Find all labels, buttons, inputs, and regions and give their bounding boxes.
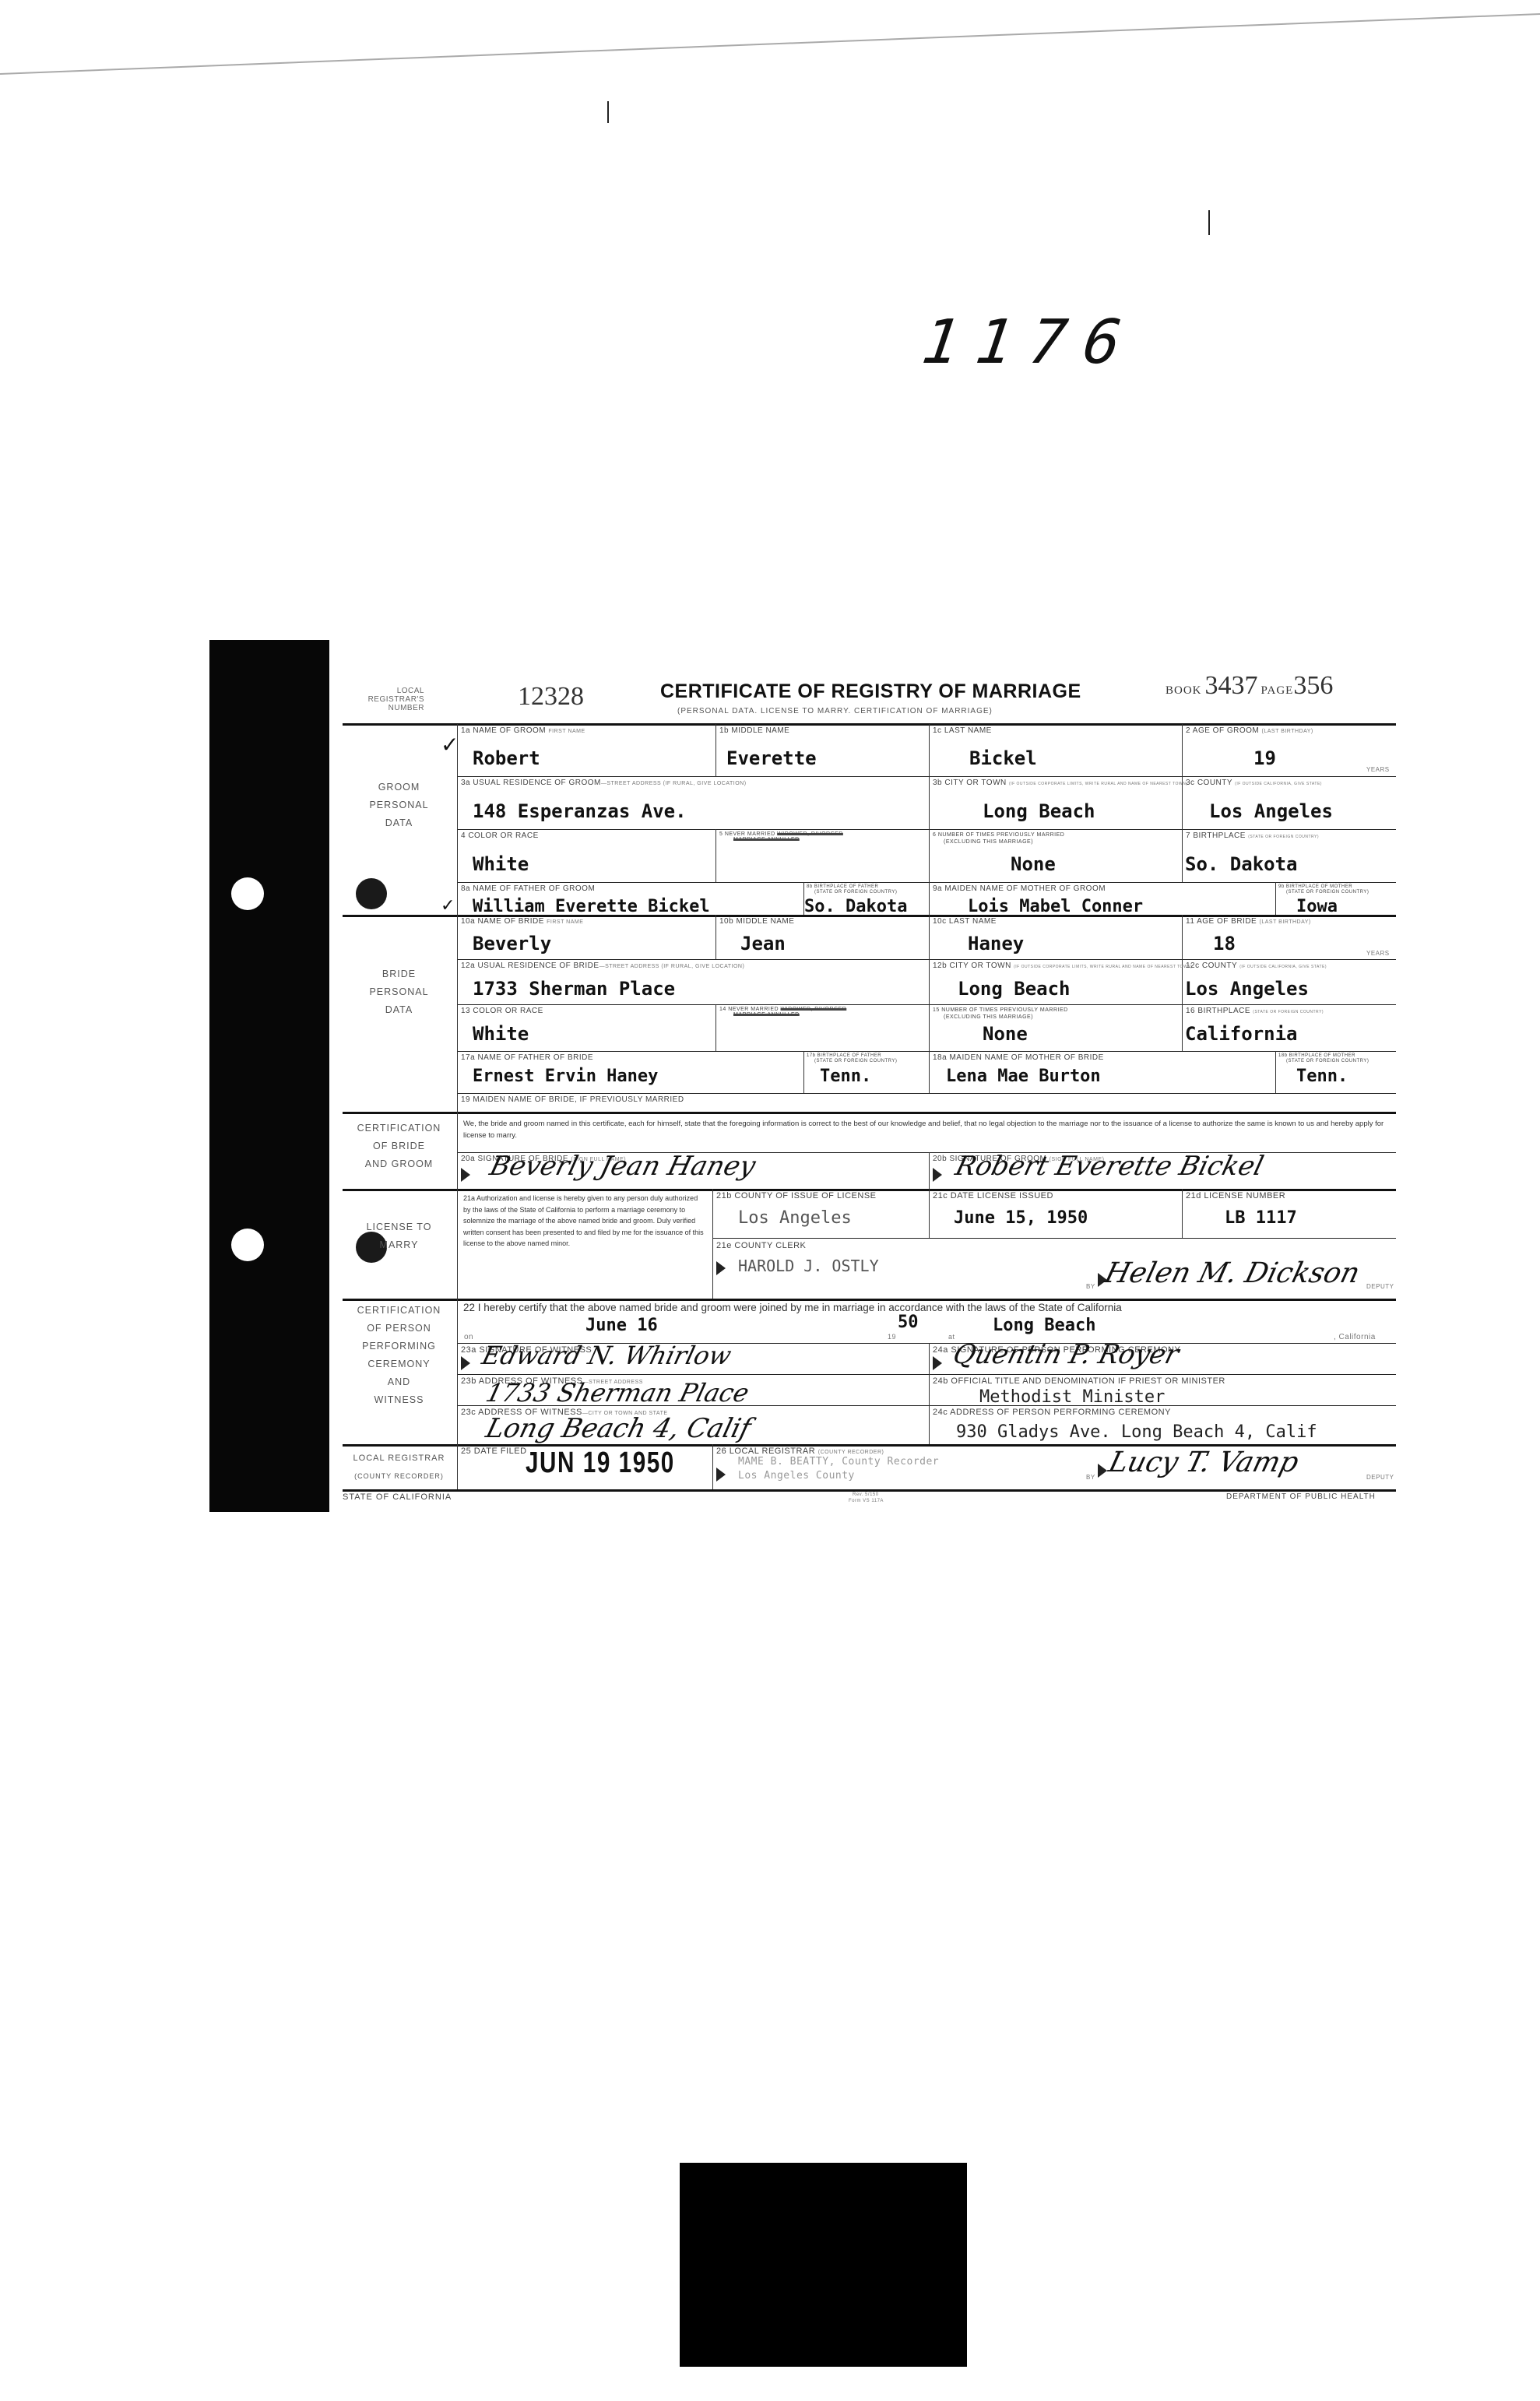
rule — [1182, 1189, 1183, 1238]
license-number-label: 21d LICENSE NUMBER — [1186, 1191, 1285, 1200]
groom-signature: Robert Everette Bickel — [952, 1151, 1267, 1182]
section-label-registrar: LOCAL REGISTRAR (COUNTY RECORDER) — [343, 1450, 455, 1485]
ceremony-date: June 16 — [585, 1316, 658, 1335]
bride-times-married-label: 15 NUMBER OF TIMES PREVIOUSLY MARRIED(EX… — [933, 1007, 1068, 1021]
groom-father-birthplace-label: 8b BIRTHPLACE OF FATHER(STATE OR FOREIGN… — [807, 884, 897, 895]
punch-hole — [231, 877, 264, 910]
rule — [929, 882, 930, 915]
rule — [457, 724, 458, 1489]
bride-age: 18 — [1213, 933, 1236, 954]
rule — [712, 1189, 713, 1299]
arrow-marker — [933, 1356, 942, 1370]
groom-mother-maiden-name: Lois Mabel Conner — [968, 897, 1143, 916]
groom-race-label: 4 COLOR OR RACE — [461, 831, 539, 840]
certificate-title: CERTIFICATE OF REGISTRY OF MARRIAGE — [660, 680, 1081, 703]
groom-father-label: 8a NAME OF FATHER OF GROOM — [461, 884, 595, 893]
bride-county-label: 12c COUNTY (IF OUTSIDE CALIFORNIA, GIVE … — [1186, 961, 1327, 970]
groom-times-married: None — [1011, 853, 1056, 875]
local-registrar-number: 12328 — [518, 682, 584, 712]
page-number: 356 — [1293, 671, 1333, 700]
registrar-county: Los Angeles County — [738, 1470, 855, 1482]
rule — [457, 1374, 1396, 1375]
rule — [457, 1093, 1396, 1094]
groom-last-name-label: 1c LAST NAME — [933, 726, 992, 735]
license-county-label: 21b COUNTY OF ISSUE OF LICENSE — [716, 1191, 877, 1200]
section-label-license: LICENSE TO MARRY — [343, 1218, 455, 1254]
scan-mark — [1208, 210, 1210, 235]
bride-age-label: 11 AGE OF BRIDE (LAST BIRTHDAY) — [1186, 917, 1311, 926]
checkmark: ✓ — [441, 732, 459, 758]
rule — [343, 723, 1396, 726]
groom-first-name-label: 1a NAME OF GROOM FIRST NAME — [461, 726, 585, 735]
license-deputy-signature: Helen M. Dickson — [1102, 1257, 1363, 1289]
ceremony-year: 50 — [898, 1313, 919, 1332]
license-authorization: 21a Authorization and license is hereby … — [463, 1193, 706, 1250]
bride-father-birthplace: Tenn. — [820, 1067, 871, 1086]
arrow-marker — [461, 1356, 470, 1370]
rule — [712, 1444, 713, 1489]
ceremony-place: Long Beach — [993, 1316, 1095, 1335]
registrar-name: MAME B. BEATTY, County Recorder — [738, 1456, 939, 1468]
license-by-label: BY — [1086, 1283, 1095, 1290]
license-number: LB 1117 — [1225, 1208, 1297, 1228]
rule — [457, 959, 1396, 960]
groom-marital-status-label: 5 NEVER MARRIED WIDOWED, DIVORCEDMARRIAG… — [719, 831, 843, 842]
registrar-deputy-signature: Lucy T. Vamp — [1106, 1447, 1302, 1478]
bride-first-name-label: 10a NAME OF BRIDE FIRST NAME — [461, 917, 583, 926]
county-clerk-label: 21e COUNTY CLERK — [716, 1241, 806, 1250]
groom-years-label: YEARS — [1366, 766, 1390, 773]
arrow-marker — [716, 1261, 726, 1275]
groom-last-name: Bickel — [969, 747, 1037, 769]
groom-residence: 148 Esperanzas Ave. — [473, 800, 687, 822]
groom-race: White — [473, 853, 529, 875]
scan-mark — [607, 101, 609, 123]
rule — [716, 829, 716, 882]
footer-department: DEPARTMENT OF PUBLIC HEALTH — [1226, 1492, 1376, 1501]
groom-mother-birthplace-label: 9b BIRTHPLACE OF MOTHER(STATE OR FOREIGN… — [1278, 884, 1369, 895]
section-label-ceremony: CERTIFICATION OF PERSON PERFORMING CEREM… — [343, 1302, 455, 1409]
groom-times-married-label: 6 NUMBER OF TIMES PREVIOUSLY MARRIED(EXC… — [933, 831, 1064, 845]
rule — [929, 915, 930, 1051]
official-title: Methodist Minister — [979, 1387, 1165, 1407]
bride-middle-name: Jean — [740, 933, 786, 954]
officiant-address-label: 24c ADDRESS OF PERSON PERFORMING CEREMON… — [933, 1408, 1171, 1417]
rule — [929, 1051, 930, 1093]
bride-mother-maiden-name: Lena Mae Burton — [946, 1067, 1101, 1086]
rule — [712, 1238, 1396, 1239]
date-filed-stamp: JUN 19 1950 — [526, 1447, 675, 1480]
county-clerk: HAROLD J. OSTLY — [738, 1257, 879, 1275]
bride-mother-birthplace-label: 18b BIRTHPLACE OF MOTHER(STATE OR FOREIG… — [1278, 1053, 1369, 1064]
rule — [457, 776, 1396, 777]
book-label: BOOK — [1166, 684, 1202, 697]
redaction-block — [680, 2163, 967, 2367]
groom-birthplace-label: 7 BIRTHPLACE (STATE OR FOREIGN COUNTRY) — [1186, 831, 1319, 840]
rule — [716, 1004, 716, 1051]
ceremony-certify-text: 22 I hereby certify that the above named… — [463, 1302, 1394, 1313]
license-county: Los Angeles — [738, 1208, 852, 1228]
official-title-label: 24b OFFICIAL TITLE AND DENOMINATION IF P… — [933, 1376, 1225, 1386]
rule — [457, 1051, 1396, 1052]
groom-father-birthplace: So. Dakota — [804, 897, 907, 916]
groom-first-name: Robert — [473, 747, 540, 769]
bride-race-label: 13 COLOR OR RACE — [461, 1007, 543, 1015]
arrow-marker — [933, 1168, 942, 1182]
certificate-subtitle: (PERSONAL DATA. LICENSE TO MARRY. CERTIF… — [677, 707, 993, 715]
groom-middle-name: Everette — [726, 747, 817, 769]
license-deputy-label: DEPUTY — [1366, 1283, 1394, 1290]
rule — [716, 915, 716, 959]
footer-rev: Rev. 5/150 — [853, 1492, 879, 1497]
rule — [343, 1299, 1396, 1301]
groom-county: Los Angeles — [1209, 800, 1333, 822]
bride-times-married: None — [983, 1023, 1028, 1045]
bride-county: Los Angeles — [1185, 978, 1309, 1000]
bride-previous-maiden-name-label: 19 MAIDEN NAME OF BRIDE, IF PREVIOUSLY M… — [461, 1095, 684, 1104]
footer-form: Form VS 117A — [849, 1499, 884, 1503]
bride-mother-birthplace: Tenn. — [1296, 1067, 1348, 1086]
bride-birthplace: California — [1185, 1023, 1298, 1045]
rule — [343, 1489, 1396, 1492]
footer-state: STATE OF CALIFORNIA — [343, 1492, 452, 1502]
rule — [1182, 915, 1183, 1051]
registrar-by-label: BY — [1086, 1474, 1095, 1481]
bride-father-birthplace-label: 17b BIRTHPLACE OF FATHER(STATE OR FOREIG… — [807, 1053, 897, 1064]
date-filed-label: 25 DATE FILED — [461, 1447, 527, 1456]
rule — [343, 1112, 1396, 1114]
bride-last-name-label: 10c LAST NAME — [933, 917, 997, 926]
witness-address: 1733 Sherman Place — [483, 1378, 752, 1408]
groom-residence-label: 3a USUAL RESIDENCE OF GROOM—STREET ADDRE… — [461, 779, 747, 787]
rule — [457, 1004, 1396, 1005]
local-registrar-label: LOCAL REGISTRAR'S NUMBER — [358, 687, 424, 712]
rule — [716, 724, 716, 777]
scan-artifact-line — [0, 0, 1540, 93]
groom-city: Long Beach — [983, 800, 1095, 822]
witness-city: Long Beach 4, Calif — [483, 1413, 754, 1444]
certification-statement: We, the bride and groom named in this ce… — [463, 1118, 1390, 1141]
arrow-marker — [461, 1168, 470, 1182]
ceremony-year-prefix: 19 — [888, 1333, 896, 1341]
page-stamp: 1176 — [918, 308, 1142, 378]
rule — [929, 724, 930, 882]
bride-father-name: Ernest Ervin Haney — [473, 1067, 658, 1086]
book-number: 3437 — [1205, 671, 1258, 700]
ceremony-state: , California — [1334, 1333, 1376, 1341]
section-label-groom: GROOM PERSONAL DATA — [343, 779, 455, 832]
bride-marital-status-label: 14 NEVER MARRIED WIDOWED, DIVORCEDMARRIA… — [719, 1007, 846, 1018]
bride-signature: Beverly Jean Haney — [487, 1151, 758, 1182]
bride-first-name: Beverly — [473, 933, 551, 954]
rule — [457, 829, 1396, 830]
section-label-certification-bride-groom: CERTIFICATION OF BRIDE AND GROOM — [343, 1120, 455, 1173]
bride-residence-label: 12a USUAL RESIDENCE OF BRIDE—STREET ADDR… — [461, 961, 744, 970]
groom-mother-label: 9a MAIDEN NAME OF MOTHER OF GROOM — [933, 884, 1106, 893]
registrar-deputy-label: DEPUTY — [1366, 1474, 1394, 1481]
groom-age: 19 — [1253, 747, 1276, 769]
officiant-signature: Quentin P. Royer — [950, 1339, 1182, 1370]
rule — [929, 1152, 930, 1189]
book-page-ref: BOOK 3437 PAGE356 — [1166, 671, 1333, 701]
punch-hole — [231, 1229, 264, 1261]
bride-father-label: 17a NAME OF FATHER OF BRIDE — [461, 1053, 593, 1062]
witness-signature: Edward N. Whirlow — [479, 1341, 734, 1370]
groom-county-label: 3c COUNTY (IF OUTSIDE CALIFORNIA, GIVE S… — [1186, 779, 1322, 787]
officiant-address: 930 Gladys Ave. Long Beach 4, Calif — [956, 1422, 1317, 1442]
rule — [929, 1189, 930, 1238]
groom-city-label: 3b CITY OR TOWN (IF OUTSIDE CORPORATE LI… — [933, 779, 1187, 787]
binding-strip — [209, 640, 329, 1512]
rule — [803, 1051, 804, 1093]
bride-years-label: YEARS — [1366, 950, 1390, 957]
groom-birthplace: So. Dakota — [1185, 853, 1298, 875]
bride-last-name: Haney — [968, 933, 1024, 954]
arrow-marker — [716, 1468, 726, 1482]
groom-middle-name-label: 1b MIDDLE NAME — [719, 726, 789, 735]
bride-race: White — [473, 1023, 529, 1045]
ceremony-on-label: on — [464, 1333, 473, 1341]
local-registrar-label: 26 LOCAL REGISTRAR (COUNTY RECORDER) — [716, 1447, 884, 1456]
bride-middle-name-label: 10b MIDDLE NAME — [719, 917, 794, 926]
bride-residence: 1733 Sherman Place — [473, 978, 675, 1000]
bride-city-label: 12b CITY OR TOWN (IF OUTSIDE CORPORATE L… — [933, 961, 1192, 970]
rule — [1275, 882, 1276, 915]
ceremony-at-label: at — [948, 1333, 955, 1341]
bride-city: Long Beach — [958, 978, 1071, 1000]
bride-birthplace-label: 16 BIRTHPLACE (STATE OR FOREIGN COUNTRY) — [1186, 1007, 1324, 1015]
page-label: PAGE — [1261, 684, 1294, 697]
license-date: June 15, 1950 — [954, 1208, 1088, 1228]
rule — [457, 882, 1396, 883]
section-label-bride: BRIDE PERSONAL DATA — [343, 965, 455, 1019]
groom-father-name: William Everette Bickel — [473, 897, 710, 916]
rivet-dot — [356, 878, 387, 909]
rule — [1182, 724, 1183, 882]
groom-age-label: 2 AGE OF GROOM (LAST BIRTHDAY) — [1186, 726, 1313, 735]
license-date-label: 21c DATE LICENSE ISSUED — [933, 1191, 1053, 1200]
rule — [929, 1343, 930, 1444]
rule — [1275, 1051, 1276, 1093]
groom-mother-birthplace: Iowa — [1296, 897, 1338, 916]
bride-mother-label: 18a MAIDEN NAME OF MOTHER OF BRIDE — [933, 1053, 1104, 1062]
checkmark: ✓ — [441, 895, 455, 916]
